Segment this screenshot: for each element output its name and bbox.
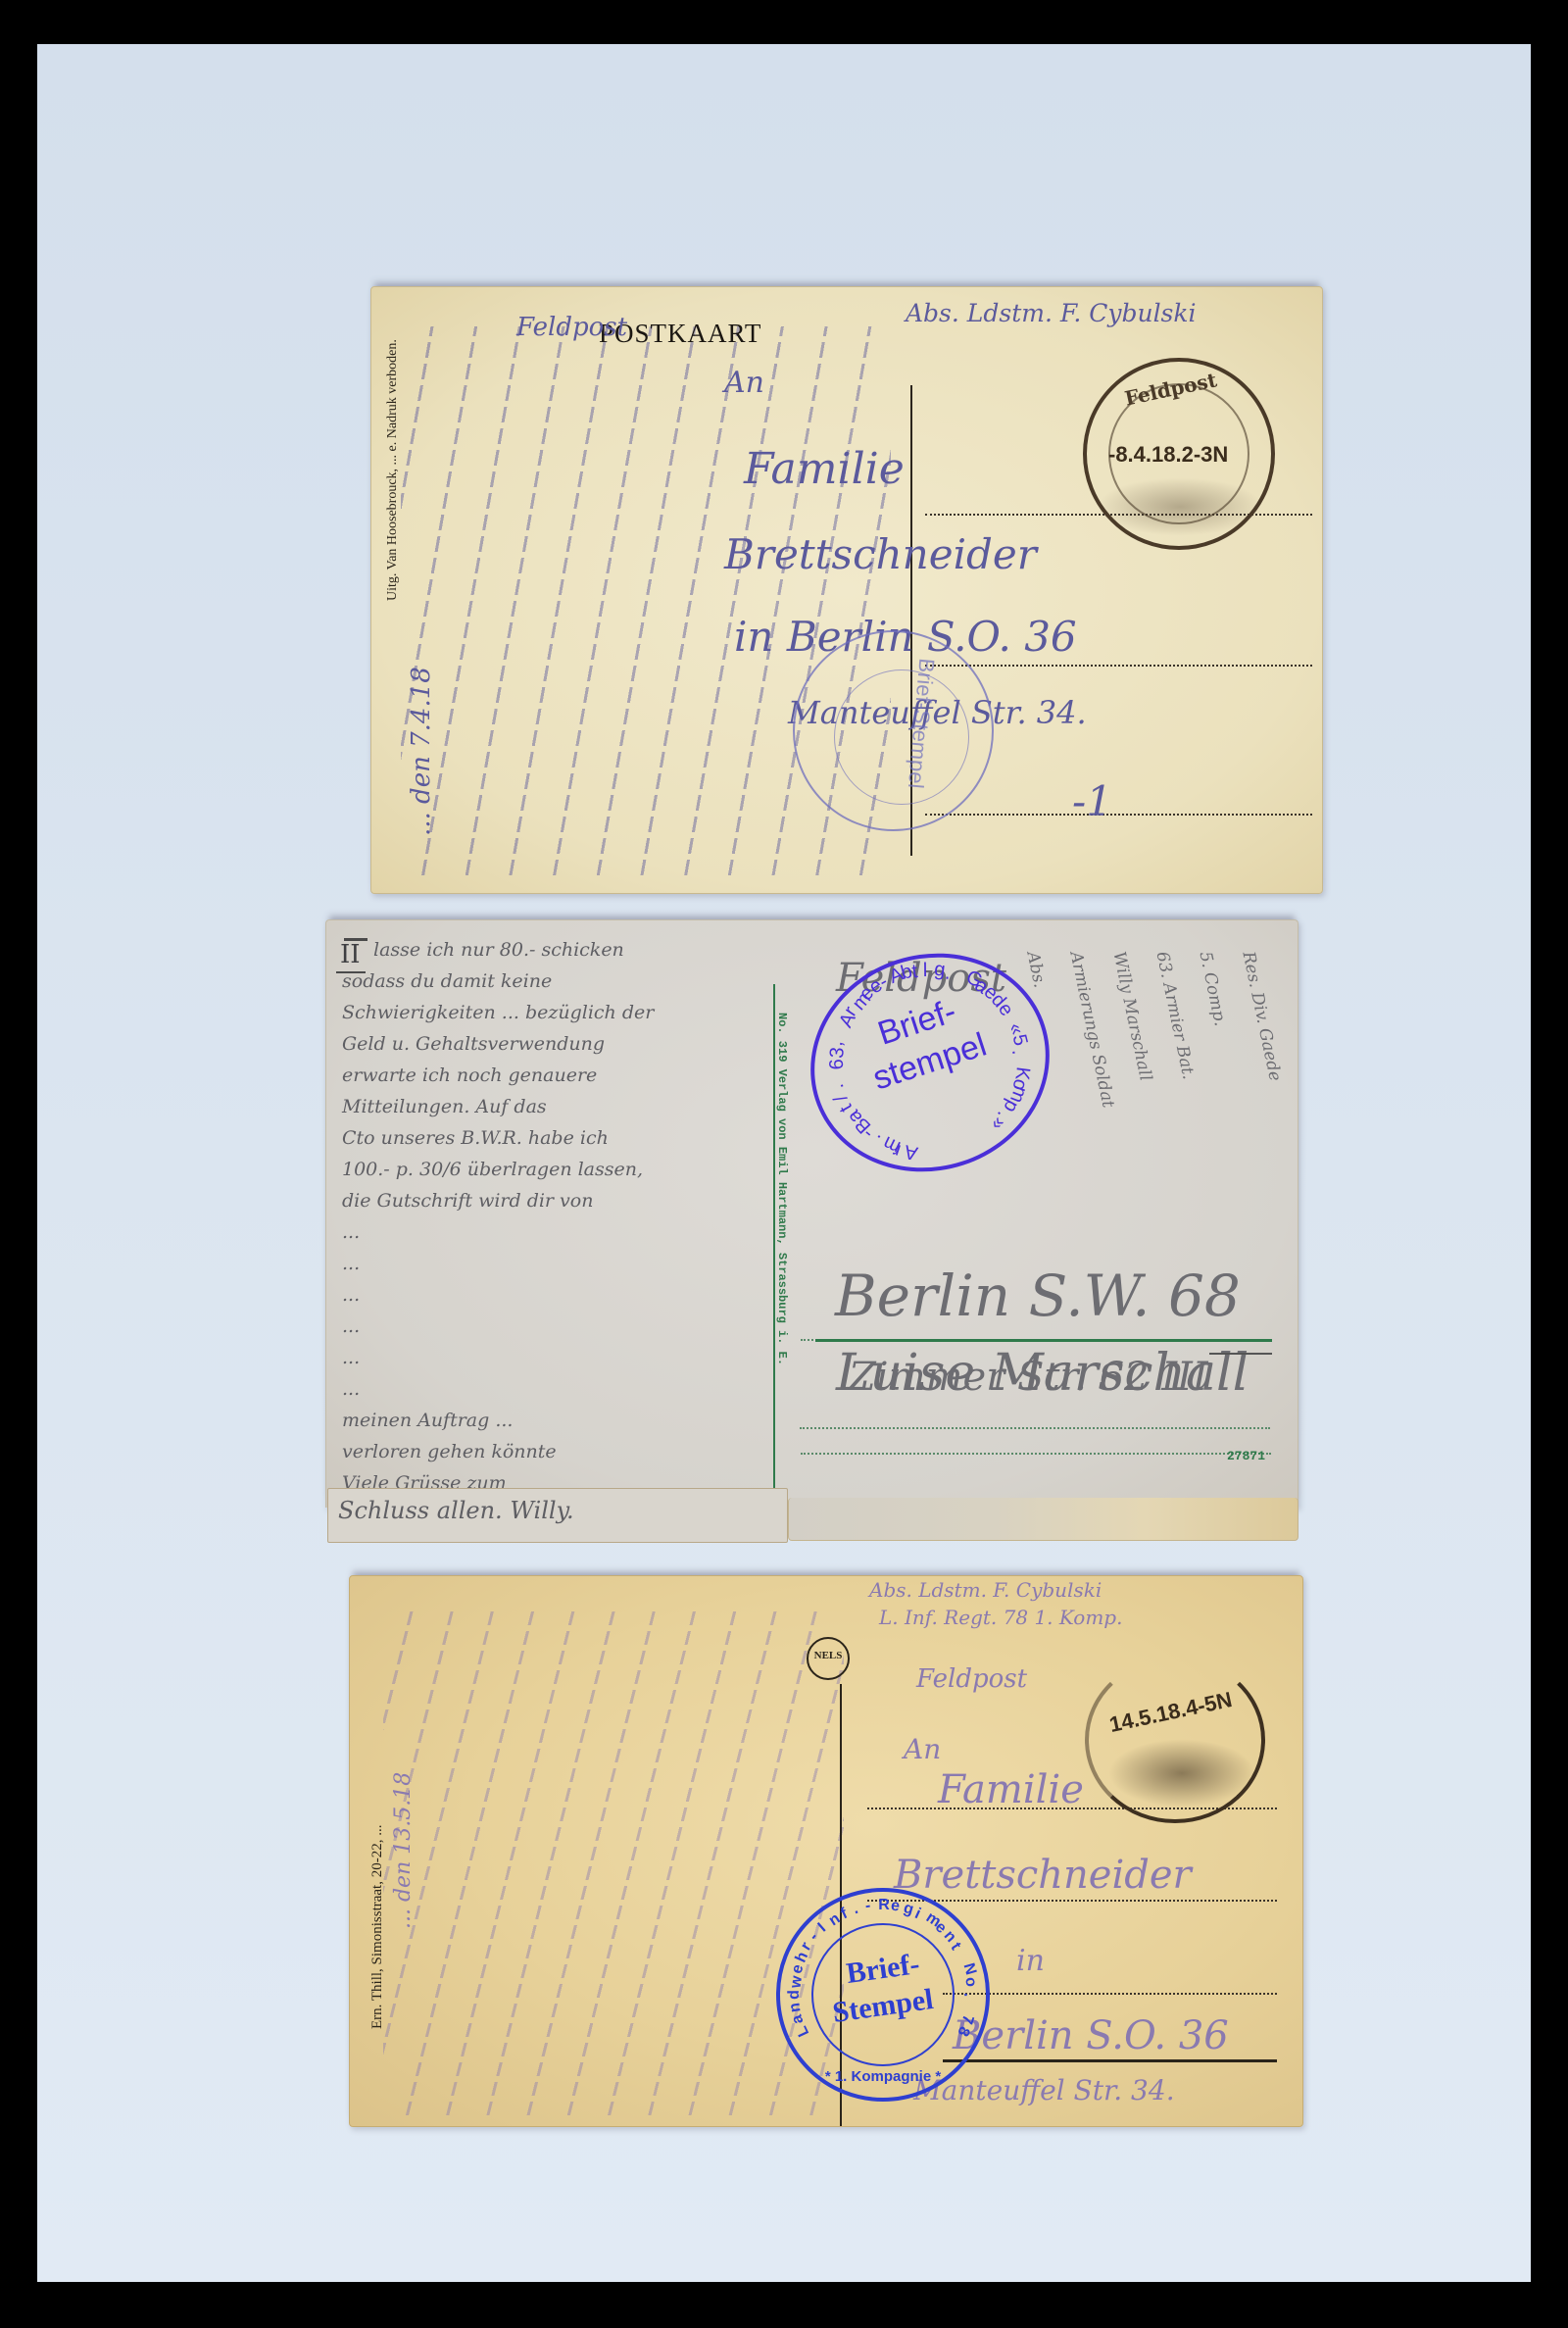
message-line: Schwierigkeiten ... bezüglich der	[342, 997, 793, 1028]
postcard-2-lower: Berlin S.W. 68 Zimmer Str. 62 III 27871	[325, 1274, 1298, 1498]
postcard-2-bottom-strip	[788, 1498, 1298, 1541]
card-number: 27871	[1227, 1449, 1265, 1463]
address-surname: Brettschneider	[724, 530, 1037, 578]
address-in: in	[1016, 1944, 1045, 1978]
sender-line-2: L. Inf. Regt. 78 1. Komp.	[879, 1606, 1122, 1629]
sender-line-1: Abs. Ldstm. F. Cybulski	[869, 1578, 1102, 1602]
message-date: ... den 13.5.18	[391, 1772, 416, 1929]
address-city: Berlin S.O. 36	[953, 2013, 1229, 2058]
address-line-2	[925, 665, 1312, 667]
postcard-nels: Ern. Thill, Simonisstraat, 20-22, ... ..…	[349, 1575, 1303, 2127]
address-family: Familie	[938, 1767, 1084, 1812]
address-an: An	[904, 1733, 941, 1765]
nels-logo-icon: NELS	[807, 1637, 850, 1680]
feldpost-postmark: 14.5.18.4-5N	[1085, 1657, 1265, 1823]
address-street: Zimmer Str. 62 III	[849, 1355, 1208, 1400]
address-line-3	[943, 1993, 1277, 1995]
address-line-3	[815, 1339, 1272, 1342]
message-line: lasse ich nur 80.- schicken	[342, 934, 793, 966]
message-line: erwarte ich noch genauere	[342, 1060, 793, 1091]
address-line-3	[925, 814, 1312, 816]
sender-line: Armierungs Soldat	[1065, 950, 1117, 1110]
message-line: 100.- p. 30/6 überlragen lassen,	[342, 1154, 793, 1185]
postmark-date: 14.5.18.4-5N	[1107, 1687, 1235, 1738]
address-an: An	[724, 366, 764, 400]
handwritten-feldpost: Feldpost	[516, 313, 627, 342]
postcard-2-bottom-tab: Schluss allen. Willy.	[327, 1488, 788, 1543]
message-line: die Gutschrift wird dir von	[342, 1185, 793, 1216]
handwritten-message	[383, 1606, 844, 2115]
address-family: Familie	[744, 444, 905, 494]
message-line: Cto unseres B.W.R. habe ich	[342, 1122, 793, 1154]
handwritten-feldpost: Feldpost	[916, 1664, 1027, 1694]
unit-stamp-briefstempel: Brief- Stempel Landwehr-Inf.-Regiment No…	[776, 1888, 990, 2102]
address-surname: Brettschneider	[894, 1853, 1192, 1898]
feldpost-postmark: Feldpost -8.4.18.2-3N	[1083, 358, 1275, 550]
sender-line: Willy Marschall	[1108, 950, 1155, 1083]
sender-line: Res. Div. Gaede	[1238, 950, 1285, 1083]
sender-line: 63. Armier Bat.	[1151, 950, 1198, 1081]
unit-stamp-faded: Brief-Stempel	[793, 630, 994, 831]
sender-line: Abs. Ldstm. F. Cybulski	[906, 299, 1197, 327]
sender-line: 5. Comp.	[1195, 950, 1230, 1028]
postmark-date: -8.4.18.2-3N	[1108, 442, 1228, 468]
message-line: ...	[342, 1216, 793, 1248]
address-street: Manteuffel Str. 34.	[913, 2074, 1175, 2106]
message-line: Geld u. Gehaltsverwendung	[342, 1028, 793, 1060]
address-line-4	[943, 2059, 1277, 2062]
address-line-4	[800, 1427, 1270, 1429]
sender-block: Abs.Armierungs SoldatWilly Marschall63. …	[1042, 950, 1297, 1156]
address-note: -1	[1072, 777, 1112, 825]
message-line: Mitteilungen. Auf das	[342, 1091, 793, 1122]
postcard-postkaart: Uitg. Van Hoosebrouck, ... e. Nadruk ver…	[370, 286, 1323, 894]
address-city: Berlin S.W. 68	[835, 1263, 1241, 1329]
message-line: sodass du damit keine	[342, 966, 793, 997]
message-date: ... den 7.4.18	[407, 667, 436, 836]
publisher-line: Uitg. Van Hoosebrouck, ... e. Nadruk ver…	[385, 339, 401, 601]
